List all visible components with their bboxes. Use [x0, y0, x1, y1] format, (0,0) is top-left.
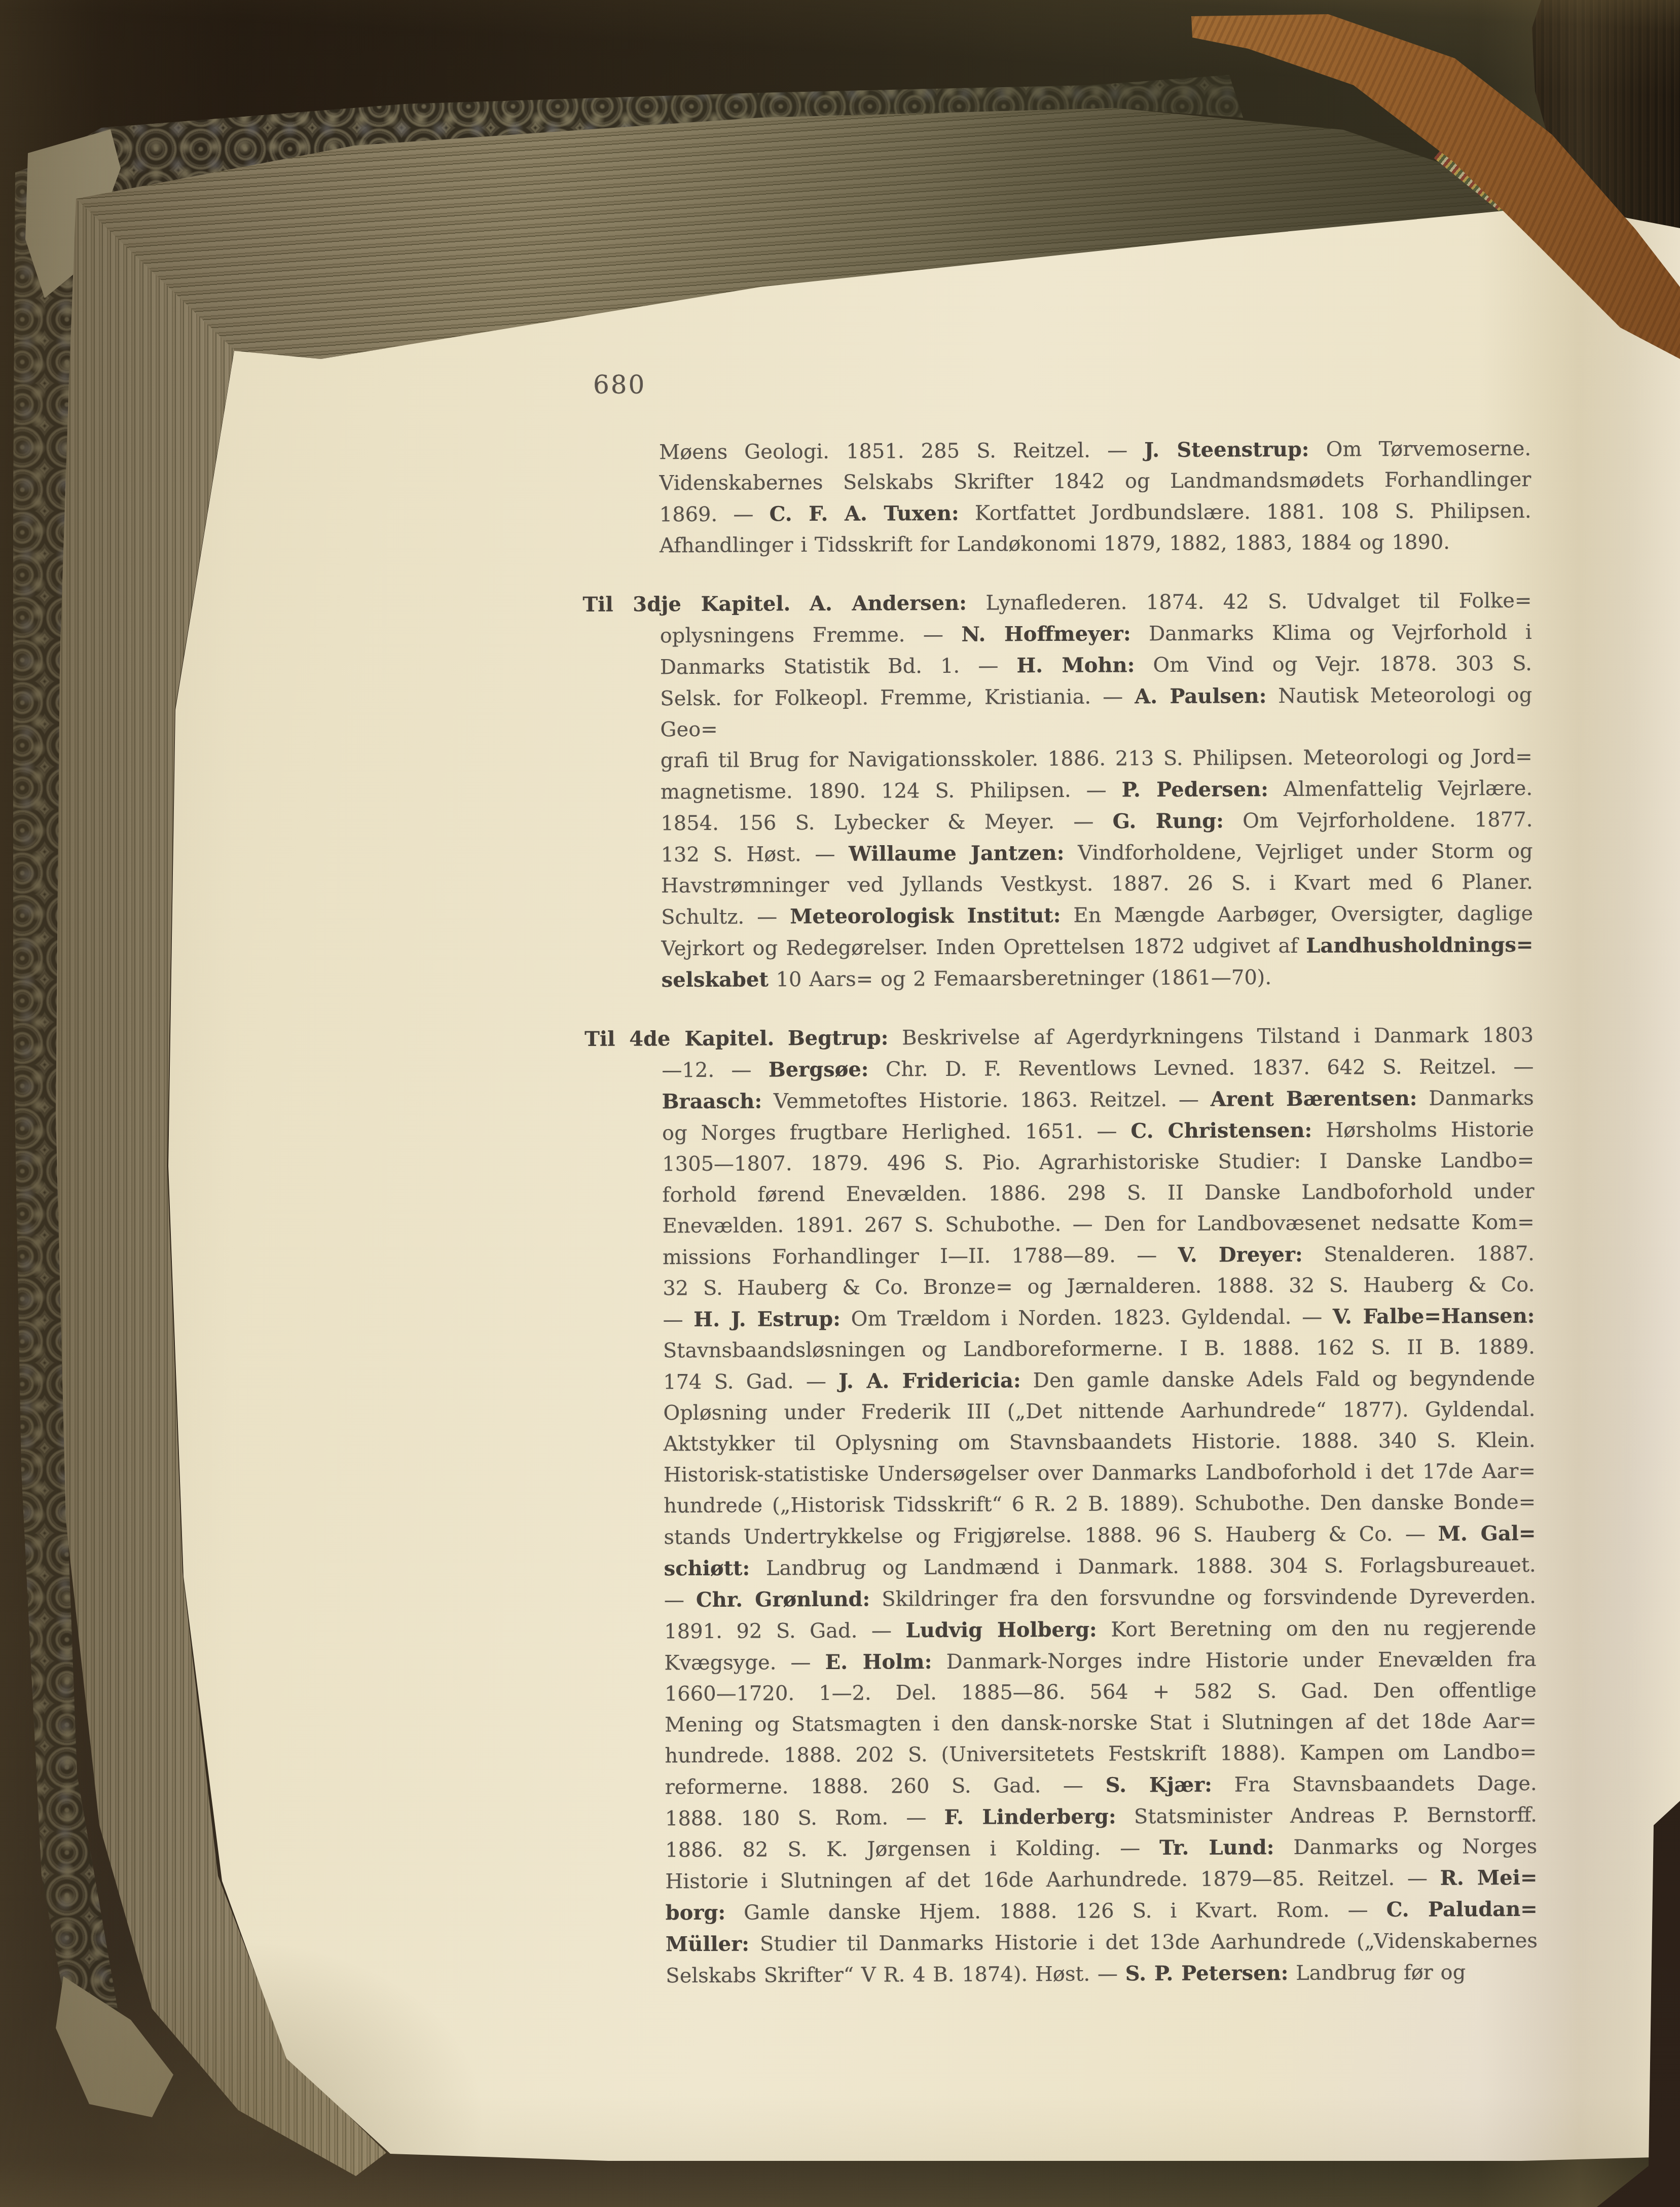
- text-line: missions Forhandlinger I—II. 1788—89. — …: [663, 1238, 1535, 1274]
- text-line: 1305—1807. 1879. 496 S. Pio. Agrarhistor…: [662, 1145, 1534, 1180]
- text-line: —12. — Bergsøe: Chr. D. F. Reventlows Le…: [662, 1051, 1533, 1087]
- text-line: Müller: Studier til Danmarks Historie i …: [666, 1925, 1538, 1961]
- text-line: Selsk. for Folkeopl. Fremme, Kristiania.…: [660, 679, 1532, 746]
- paragraph: Til 4de Kapitel. Begtrup: Beskrivelse af…: [585, 1020, 1538, 1992]
- text-line: Selskabs Skrifter“ V R. 4 B. 1874). Høst…: [666, 1957, 1538, 1992]
- text-line: — Chr. Grønlund: Skildringer fra den for…: [664, 1581, 1536, 1616]
- text-line: selskabet 10 Aars= og 2 Femaarsberetning…: [662, 961, 1533, 996]
- page-number: 680: [593, 370, 646, 400]
- text-line: 32 S. Hauberg & Co. Bronze= og Jærnalder…: [663, 1270, 1535, 1305]
- text-line: 1891. 92 S. Gad. — Ludvig Holberg: Kort …: [664, 1612, 1536, 1648]
- paragraph: Til 3dje Kapitel. A. Andersen: Lynaflede…: [582, 585, 1533, 996]
- text-line: 1854. 156 S. Lybecker & Meyer. — G. Rung…: [661, 804, 1532, 840]
- text-line: schiøtt: Landbrug og Landmænd i Danmark.…: [664, 1549, 1536, 1585]
- text-line: Stavnsbaandsløsningen og Landboreformern…: [663, 1332, 1535, 1367]
- text-line: 174 S. Gad. — J. A. Fridericia: Den gaml…: [663, 1363, 1535, 1398]
- text-line: stands Undertrykkelse og Frigjørelse. 18…: [664, 1518, 1536, 1553]
- text-line: hundrede. 1888. 202 S. (Universitetets F…: [665, 1737, 1537, 1772]
- text-line: og Norges frugtbare Herlighed. 1651. — C…: [662, 1114, 1534, 1149]
- text-line: Enevælden. 1891. 267 S. Schubothe. — Den…: [663, 1207, 1535, 1242]
- text-line: 1888. 180 S. Rom. — F. Linderberg: Stats…: [665, 1799, 1537, 1835]
- text-line: borg: Gamle danske Hjem. 1888. 126 S. i …: [666, 1894, 1538, 1929]
- text-line: Afhandlinger i Tidsskrift for Landøkonom…: [660, 527, 1531, 562]
- bibliography-text-block: Møens Geologi. 1851. 285 S. Reitzel. — J…: [582, 433, 1538, 1992]
- text-line: Til 4de Kapitel. Begtrup: Beskrivelse af…: [585, 1020, 1533, 1055]
- text-line: oplysningens Fremme. — N. Hoffmeyer: Dan…: [660, 617, 1532, 652]
- text-line: 1869. — C. F. A. Tuxen: Kortfattet Jordb…: [660, 495, 1531, 531]
- text-line: grafi til Brug for Navigationsskoler. 18…: [661, 742, 1532, 777]
- text-line: Historie i Slutningen af det 16de Aarhun…: [665, 1862, 1537, 1898]
- text-line: Kvægsyge. — E. Holm: Danmark-Norges indr…: [664, 1644, 1536, 1679]
- text-line: hundrede („Historisk Tidsskrift“ 6 R. 2 …: [664, 1487, 1536, 1522]
- text-line: 1660—1720. 1—2. Del. 1885—86. 564 + 582 …: [665, 1675, 1537, 1710]
- text-line: Vejrkort og Redegørelser. Inden Oprettel…: [661, 929, 1533, 965]
- text-line: Opløsning under Frederik III („Det nitte…: [663, 1394, 1535, 1429]
- text-line: Videnskabernes Selskabs Skrifter 1842 og…: [659, 464, 1531, 499]
- text-line: Til 3dje Kapitel. A. Andersen: Lynaflede…: [582, 585, 1531, 621]
- text-line: 1886. 82 S. K. Jørgensen i Kolding. — Tr…: [665, 1831, 1537, 1866]
- text-line: Aktstykker til Oplysning om Stavnsbaande…: [664, 1425, 1536, 1460]
- text-line: — H. J. Estrup: Om Trældom i Norden. 182…: [663, 1300, 1535, 1336]
- book-photograph: 680 Møens Geologi. 1851. 285 S. Reitzel.…: [0, 0, 1680, 2207]
- text-line: magnetisme. 1890. 124 S. Philipsen. — P.…: [661, 773, 1532, 808]
- text-line: 132 S. Høst. — Willaume Jantzen: Vindfor…: [661, 836, 1532, 871]
- text-line: Historisk-statistiske Undersøgelser over…: [664, 1456, 1536, 1491]
- text-line: reformerne. 1888. 260 S. Gad. — S. Kjær:…: [665, 1768, 1537, 1803]
- text-line: Mening og Statsmagten i den dansk-norske…: [665, 1706, 1537, 1741]
- text-line: forhold førend Enevælden. 1886. 298 S. I…: [662, 1176, 1534, 1211]
- text-line: Braasch: Vemmetoftes Historie. 1863. Rei…: [662, 1082, 1534, 1118]
- text-line: Danmarks Statistik Bd. 1. — H. Mohn: Om …: [660, 648, 1532, 683]
- text-line: Havstrømninger ved Jyllands Vestkyst. 18…: [661, 867, 1533, 902]
- text-line: Schultz. — Meteorologisk Institut: En Mæ…: [661, 898, 1533, 933]
- text-line: Møens Geologi. 1851. 285 S. Reitzel. — J…: [659, 433, 1531, 468]
- paragraph: Møens Geologi. 1851. 285 S. Reitzel. — J…: [582, 433, 1531, 562]
